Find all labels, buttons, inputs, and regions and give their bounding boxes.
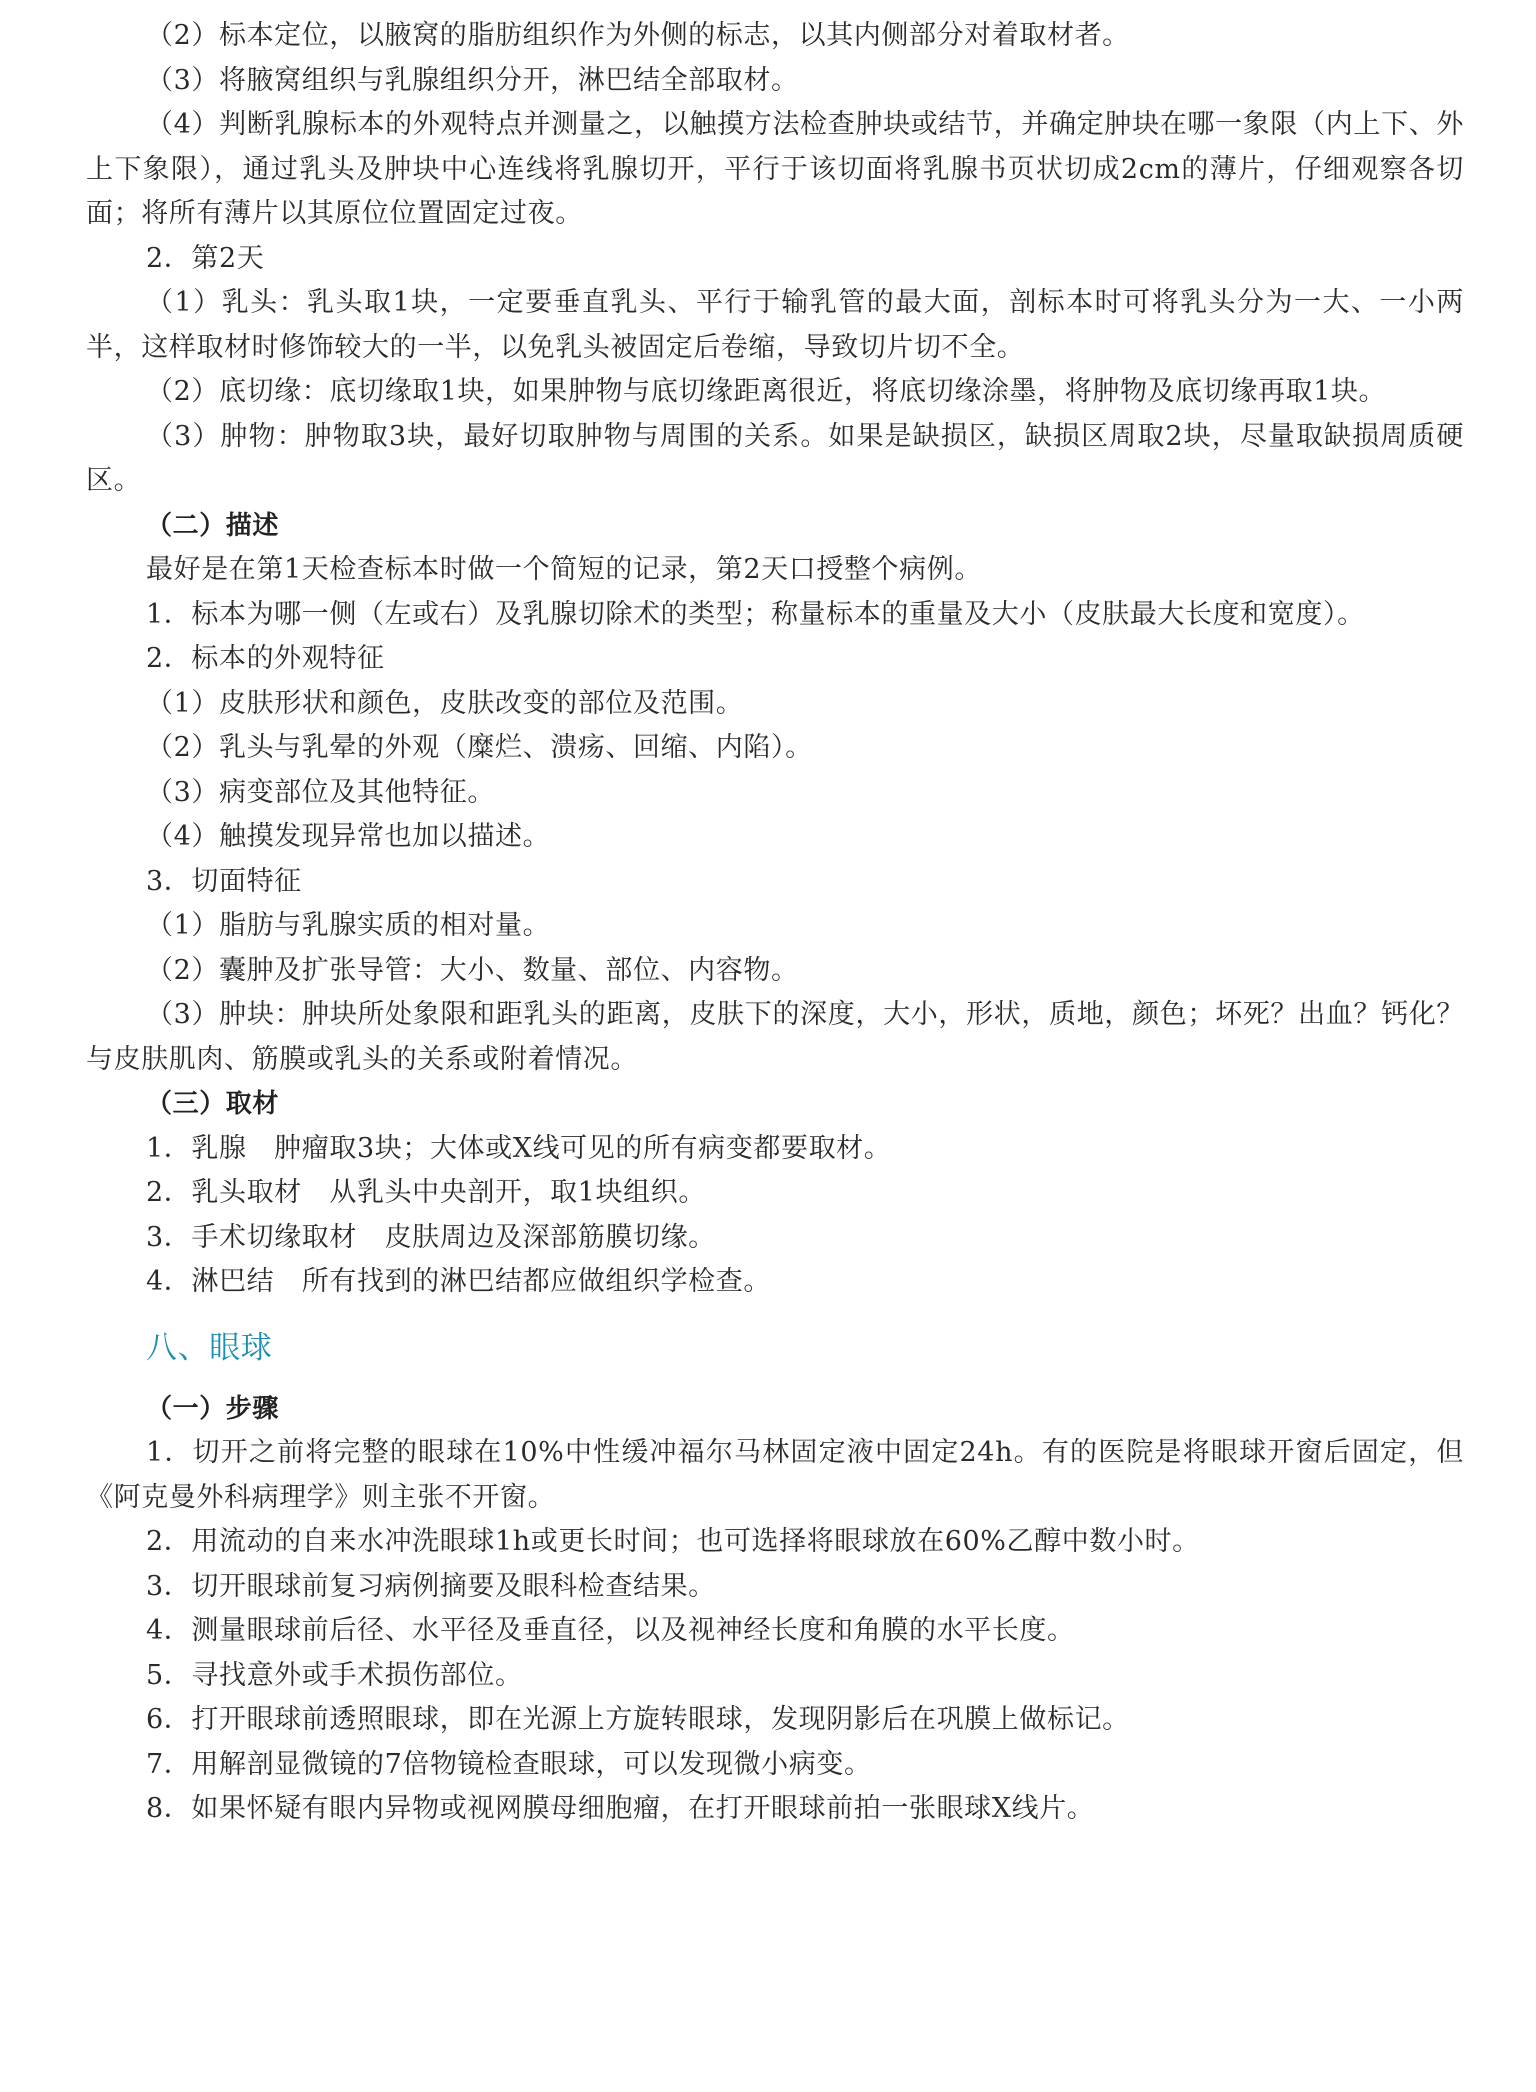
- paragraph: （3）肿物：肿物取3块，最好切取肿物与周围的关系。如果是缺损区，缺损区周取2块，…: [86, 415, 1464, 504]
- list-item: 3．手术切缘取材 皮肤周边及深部筋膜切缘。: [86, 1216, 1464, 1261]
- section-heading-description: （二）描述: [86, 504, 1464, 549]
- paragraph: （4）判断乳腺标本的外观特点并测量之，以触摸方法检查肿块或结节，并确定肿块在哪一…: [86, 103, 1464, 237]
- list-item: 2．乳头取材 从乳头中央剖开，取1块组织。: [86, 1171, 1464, 1216]
- list-item: （1）脂肪与乳腺实质的相对量。: [86, 904, 1464, 949]
- list-item: 4．测量眼球前后径、水平径及垂直径，以及视神经长度和角膜的水平长度。: [86, 1609, 1464, 1654]
- paragraph: （3）将腋窝组织与乳腺组织分开，淋巴结全部取材。: [86, 59, 1464, 104]
- list-item: 1．切开之前将完整的眼球在10%中性缓冲福尔马林固定液中固定24h。有的医院是将…: [86, 1431, 1464, 1520]
- document-page: （2）标本定位，以腋窝的脂肪组织作为外侧的标志，以其内侧部分对着取材者。 （3）…: [86, 14, 1464, 1832]
- list-item: 6．打开眼球前透照眼球，即在光源上方旋转眼球，发现阴影后在巩膜上做标记。: [86, 1698, 1464, 1743]
- list-item: （1）皮肤形状和颜色，皮肤改变的部位及范围。: [86, 682, 1464, 727]
- list-item: （3）肿块：肿块所处象限和距乳头的距离，皮肤下的深度，大小，形状，质地，颜色；坏…: [86, 993, 1464, 1082]
- section-heading-steps: （一）步骤: [86, 1387, 1464, 1432]
- chapter-heading-eyeball: 八、眼球: [146, 1315, 1464, 1381]
- paragraph: （1）乳头：乳头取1块，一定要垂直乳头、平行于输乳管的最大面，剖标本时可将乳头分…: [86, 281, 1464, 370]
- subheading-day2: 2．第2天: [86, 237, 1464, 282]
- list-item: （2）囊肿及扩张导管：大小、数量、部位、内容物。: [86, 949, 1464, 994]
- list-heading: 3．切面特征: [86, 860, 1464, 905]
- paragraph: 1．标本为哪一侧（左或右）及乳腺切除术的类型；称量标本的重量及大小（皮肤最大长度…: [86, 593, 1464, 638]
- list-item: 3．切开眼球前复习病例摘要及眼科检查结果。: [86, 1565, 1464, 1610]
- list-item: 4．淋巴结 所有找到的淋巴结都应做组织学检查。: [86, 1260, 1464, 1305]
- list-item: （3）病变部位及其他特征。: [86, 771, 1464, 816]
- paragraph: （2）底切缘：底切缘取1块，如果肿物与底切缘距离很近，将底切缘涂墨，将肿物及底切…: [86, 370, 1464, 415]
- list-heading: 2．标本的外观特征: [86, 637, 1464, 682]
- list-item: 5．寻找意外或手术损伤部位。: [86, 1654, 1464, 1699]
- paragraph: （2）标本定位，以腋窝的脂肪组织作为外侧的标志，以其内侧部分对着取材者。: [86, 14, 1464, 59]
- list-item: 2．用流动的自来水冲洗眼球1h或更长时间；也可选择将眼球放在60%乙醇中数小时。: [86, 1520, 1464, 1565]
- paragraph: 最好是在第1天检查标本时做一个简短的记录，第2天口授整个病例。: [86, 548, 1464, 593]
- section-heading-sampling: （三）取材: [86, 1082, 1464, 1127]
- list-item: 8．如果怀疑有眼内异物或视网膜母细胞瘤，在打开眼球前拍一张眼球X线片。: [86, 1787, 1464, 1832]
- list-item: （2）乳头与乳晕的外观（糜烂、溃疡、回缩、内陷）。: [86, 726, 1464, 771]
- list-item: 7．用解剖显微镜的7倍物镜检查眼球，可以发现微小病变。: [86, 1743, 1464, 1788]
- list-item: 1．乳腺 肿瘤取3块；大体或X线可见的所有病变都要取材。: [86, 1127, 1464, 1172]
- list-item: （4）触摸发现异常也加以描述。: [86, 815, 1464, 860]
